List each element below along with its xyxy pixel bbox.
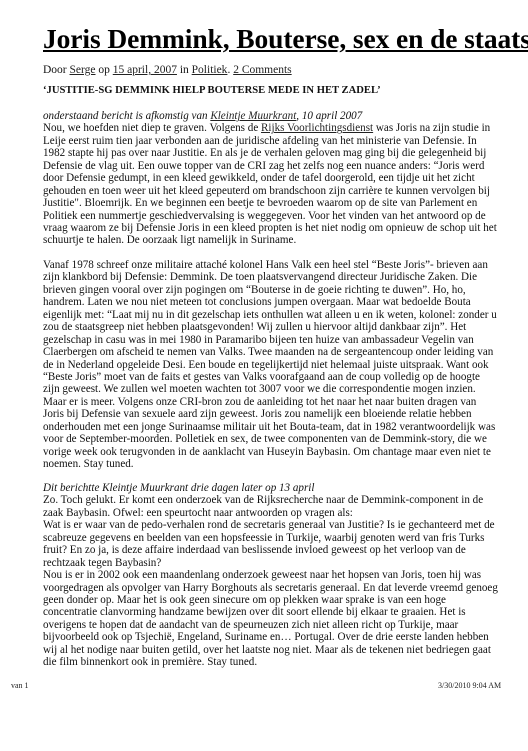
- rvd-link[interactable]: Rijks Voorlichtingsdienst: [261, 122, 373, 134]
- paragraph-line: Wat is er waar van de pedo-verhalen rond…: [43, 519, 498, 531]
- section-3: Dit berichtte Kleintje Muurkrant drie da…: [43, 482, 498, 669]
- paragraph-line: vorige week ook terugvonden in de aankla…: [43, 446, 497, 458]
- paragraph-line: vraag waarom ze bij Defensie Joris in ee…: [43, 222, 497, 234]
- section-3-intro: Dit berichtte Kleintje Muurkrant drie da…: [43, 482, 498, 494]
- paragraph-line: wij al het nodige naar buiten getild, ov…: [43, 644, 498, 656]
- date-link[interactable]: 15 april, 2007: [113, 64, 177, 76]
- byline-prefix: Door: [43, 64, 70, 76]
- page-number: van 1: [11, 681, 29, 691]
- paragraph-line: schuurtje te halen. De oorzaak ligt name…: [43, 234, 497, 246]
- paragraph-line: gehouden en toen weer uit het kleed gepe…: [43, 185, 497, 197]
- paragraph-line: overigens te hopen dat de aandacht van d…: [43, 619, 498, 631]
- paragraph-line: de in Nederland opgeleide Desi. Een boud…: [43, 359, 497, 371]
- paragraph-line: voor de September-moorden. Polletiek en …: [43, 433, 497, 445]
- print-timestamp: 3/30/2010 9:04 AM: [438, 681, 501, 691]
- paragraph-line: eigenlijk met: “Laat mij nu in dit gezel…: [43, 309, 497, 321]
- paragraph-line: zou de staatsgreep niet hebben plaatsgev…: [43, 321, 497, 333]
- paragraph-line: zijn geweest. We zullen wel moeten wacht…: [43, 383, 497, 395]
- paragraph-line: bijvoorbeeld ook op Tsjechië, Engeland, …: [43, 631, 498, 643]
- paragraph-line: door Defensie gedumpt, in een kleed gewi…: [43, 172, 497, 184]
- paragraph-line: Justitie". Bloemrijk. En we beginnen een…: [43, 197, 497, 209]
- paragraph-line: zaak Baybasin. Ofwel: een speurtocht naa…: [43, 507, 498, 519]
- article-title[interactable]: Joris Demmink, Bouterse, sex en de staat…: [43, 24, 528, 54]
- intro-date: , 10 april 2007: [296, 110, 362, 122]
- category-link[interactable]: Politiek: [192, 64, 228, 76]
- paragraph-line: scabreuze gegevens en beelden van een ho…: [43, 532, 498, 544]
- paragraph-line: concentratie clanvorming handzame bewijz…: [43, 606, 498, 618]
- section-2: Vanaf 1978 schreef onze militaire attach…: [43, 259, 497, 470]
- paragraph-line: geen donder op. Maar het is ook geen sin…: [43, 594, 498, 606]
- line-text: Nou, we hoefden niet diep te graven. Vol…: [43, 122, 261, 134]
- byline-in: in: [177, 64, 192, 76]
- paragraph-line: Maar er is meer. Volgens onze CRI-bron z…: [43, 396, 497, 408]
- paragraph-line: voorgedragen als opvolger van Harry Borg…: [43, 582, 498, 594]
- paragraph-line: zijn klankbord bij Defensie: Demmink. De…: [43, 271, 497, 283]
- paragraph-line: 1982 stapte hij pas over naar Justitie. …: [43, 147, 497, 159]
- paragraph-line: fruit? En zo ja, is deze affaire inderda…: [43, 544, 498, 556]
- article-headline: ‘JUSTITIE-SG DEMMINK HIELP BOUTERSE MEDE…: [43, 84, 381, 97]
- paragraph-line: Claerbergen om afscheid te nemen van Val…: [43, 346, 497, 358]
- section-1: onderstaand bericht is afkomstig van Kle…: [43, 110, 497, 247]
- kleintje-muurkrant-link[interactable]: Kleintje Muurkrant: [210, 110, 296, 122]
- paragraph-line: brieven gingen vooral over zijn pogingen…: [43, 284, 497, 296]
- paragraph-line: gezelschap in casu was in mei 1980 in Pa…: [43, 334, 497, 346]
- paragraph-line: Nou, we hoefden niet diep te graven. Vol…: [43, 122, 497, 134]
- paragraph-line: onderhouden met een jonge Surinaamse mil…: [43, 421, 497, 433]
- line-text: was Joris na zijn studie in: [373, 122, 490, 134]
- paragraph-line: Zo. Toch gelukt. Er komt een onderzoek v…: [43, 494, 498, 506]
- comments-link[interactable]: 2 Comments: [233, 64, 291, 76]
- paragraph-line: Vanaf 1978 schreef onze militaire attach…: [43, 259, 497, 271]
- paragraph-line: Joris bij Defensie van sexuele aard zijn…: [43, 408, 497, 420]
- section-1-intro: onderstaand bericht is afkomstig van Kle…: [43, 110, 497, 122]
- paragraph-line: Nou is er in 2002 ook een maandenlang on…: [43, 569, 498, 581]
- byline-op: op: [96, 64, 113, 76]
- paragraph-line: handrem. Laten we nou niet meteen tot co…: [43, 296, 497, 308]
- intro-text: onderstaand bericht is afkomstig van: [43, 110, 210, 122]
- author-link[interactable]: Serge: [70, 64, 96, 76]
- paragraph-line: Defensie de vlag uit. Een ouwe topper va…: [43, 160, 497, 172]
- paragraph-line: noemen. Stay tuned.: [43, 458, 497, 470]
- byline: Door Serge op 15 april, 2007 in Politiek…: [43, 63, 292, 77]
- paragraph-line: rechtzaak tegen Baybasin?: [43, 557, 498, 569]
- paragraph-line: die film binnenkort ook in première. Sta…: [43, 656, 498, 668]
- paragraph-line: Leije eerst ruim tien jaar verbonden aan…: [43, 135, 497, 147]
- paragraph-line: “Beste Joris” moet van de faits et geste…: [43, 371, 497, 383]
- paragraph-line: Politiek een nummertje geschiedvervalsin…: [43, 210, 497, 222]
